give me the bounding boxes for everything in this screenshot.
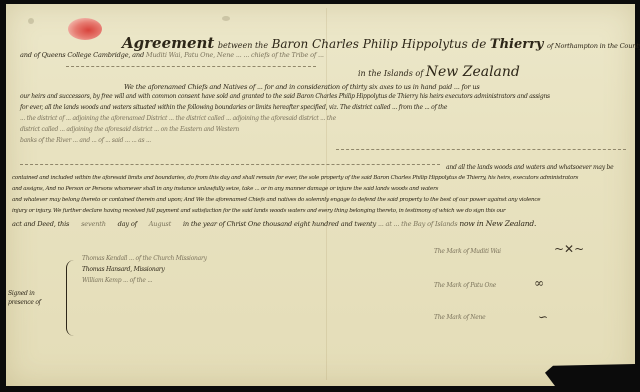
agreement-word: Agreement — [122, 34, 214, 52]
witness-brace — [66, 260, 75, 336]
body-line-7: and all the lands woods and waters and w… — [446, 164, 613, 171]
ink-blot — [28, 18, 34, 24]
chief-mark-1-icon: ~✕~ — [554, 242, 584, 256]
body-line-12: act and Deed, this seventh day of August… — [12, 219, 536, 228]
torn-corner — [535, 364, 635, 386]
witness-2: Thomas Hansard, Missionary — [82, 266, 165, 273]
heading-line-2: and of Queens College Cambridge, and Mud… — [20, 51, 324, 59]
mark-label-2: The Mark of Patu One — [434, 282, 496, 289]
body-line-2: our heirs and successors, by free will a… — [20, 93, 550, 100]
divider — [66, 66, 316, 67]
signed-label: Signed in — [8, 290, 35, 297]
divider — [20, 164, 440, 165]
body-line-8: contained and included within the afores… — [12, 175, 578, 181]
body-line-11: injury or injury. We further declare hav… — [12, 208, 505, 214]
divider — [336, 149, 626, 150]
witness-3: William Kemp ... of the ... — [82, 277, 152, 284]
body-line-6: banks of the River ... and ... of ... sa… — [20, 137, 151, 144]
body-line-5: district called ... adjoining the afores… — [20, 126, 239, 133]
body-line-3: for ever, all the lands woods and waters… — [20, 104, 447, 111]
chief-mark-2-icon: ∞ — [534, 276, 544, 290]
witness-1: Thomas Kendall ... of the Church Mission… — [82, 255, 207, 262]
body-line-10: and whatever may belong thereto or conta… — [12, 197, 540, 203]
body-line-9: and assigns, And no Person or Persons wh… — [12, 186, 438, 192]
body-line-1: We the aforenamed Chiefs and Natives of … — [124, 83, 480, 91]
fold-line-vertical — [326, 8, 327, 380]
body-line-4: ... the district of ... adjoining the af… — [20, 115, 336, 122]
mark-label-1: The Mark of Muditi Wai — [434, 248, 501, 255]
mark-label-3: The Mark of Nene — [434, 314, 485, 321]
chief-mark-3-icon: ∽ — [538, 310, 548, 324]
wax-seal — [68, 18, 102, 40]
heading-line-1: Agreement between the Baron Charles Phil… — [122, 34, 640, 52]
presence-label: presence of — [8, 299, 41, 306]
heading-line-3: in the Islands of New Zealand — [358, 64, 520, 80]
ink-blot — [222, 16, 230, 21]
document-page: Agreement between the Baron Charles Phil… — [6, 4, 635, 386]
